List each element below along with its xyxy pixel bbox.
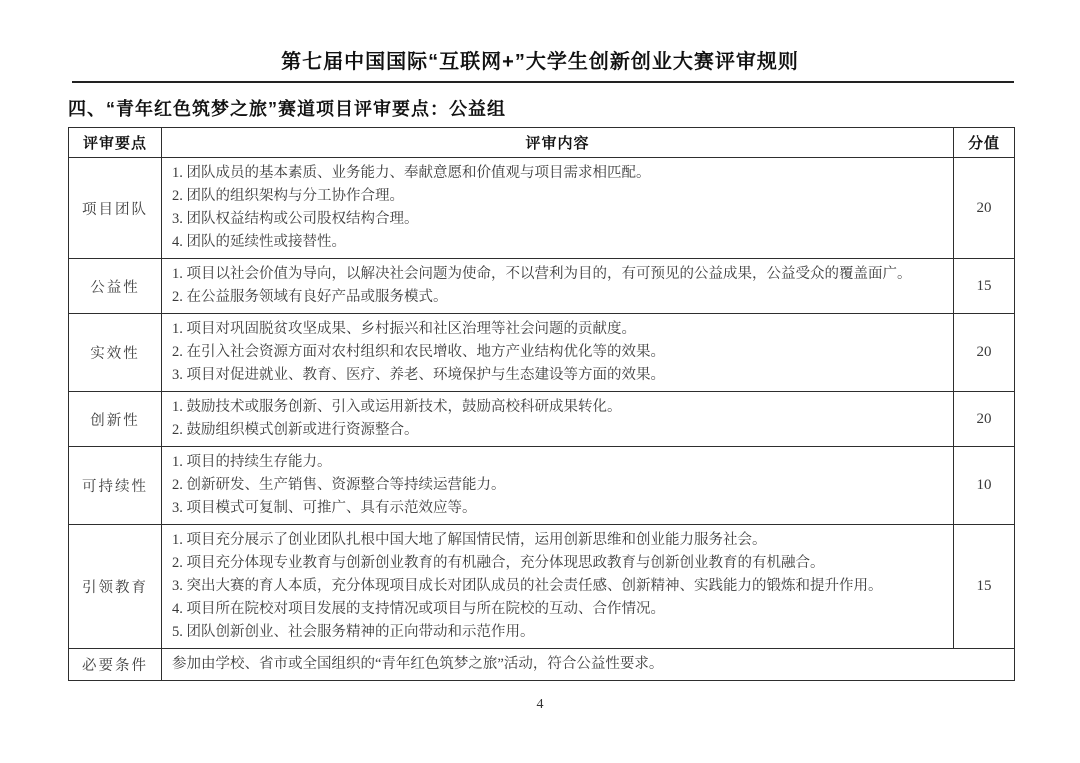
criteria-item: 2. 在引入社会资源方面对农村组织和农民增收、地方产业结构优化等的效果。 bbox=[172, 341, 943, 364]
score-cell: 15 bbox=[954, 259, 1015, 314]
title-rule bbox=[72, 81, 1014, 83]
category-cell: 必要条件 bbox=[69, 649, 162, 681]
criteria-item: 1. 项目以社会价值为导向，以解决社会问题为使命，不以营利为目的，有可预见的公益… bbox=[172, 263, 943, 286]
section-heading: 四、“青年红色筑梦之旅”赛道项目评审要点：公益组 bbox=[68, 95, 1080, 121]
criteria-item: 3. 突出大赛的育人本质，充分体现项目成长对团队成员的社会责任感、创新精神、实践… bbox=[172, 575, 943, 598]
col-header-score: 分值 bbox=[954, 128, 1015, 158]
criteria-item: 2. 团队的组织架构与分工协作合理。 bbox=[172, 185, 943, 208]
criteria-item: 4. 团队的延续性或接替性。 bbox=[172, 231, 943, 254]
criteria-item: 4. 项目所在院校对项目发展的支持情况或项目与所在院校的互动、合作情况。 bbox=[172, 598, 943, 621]
col-header-category: 评审要点 bbox=[69, 128, 162, 158]
category-cell: 项目团队 bbox=[69, 158, 162, 259]
criteria-item: 5. 团队创新创业、社会服务精神的正向带动和示范作用。 bbox=[172, 621, 943, 644]
content-cell: 1. 项目以社会价值为导向，以解决社会问题为使命，不以营利为目的，有可预见的公益… bbox=[162, 259, 954, 314]
category-cell: 引领教育 bbox=[69, 525, 162, 649]
category-cell: 可持续性 bbox=[69, 447, 162, 525]
category-cell: 公益性 bbox=[69, 259, 162, 314]
category-cell: 创新性 bbox=[69, 392, 162, 447]
criteria-item: 2. 鼓励组织模式创新或进行资源整合。 bbox=[172, 419, 943, 442]
content-cell: 1. 项目充分展示了创业团队扎根中国大地了解国情民情，运用创新思维和创业能力服务… bbox=[162, 525, 954, 649]
score-cell: 20 bbox=[954, 158, 1015, 259]
table-row: 创新性1. 鼓励技术或服务创新、引入或运用新技术，鼓励高校科研成果转化。2. 鼓… bbox=[69, 392, 1015, 447]
table-body: 项目团队1. 团队成员的基本素质、业务能力、奉献意愿和价值观与项目需求相匹配。2… bbox=[69, 158, 1015, 681]
content-cell: 1. 项目的持续生存能力。2. 创新研发、生产销售、资源整合等持续运营能力。3.… bbox=[162, 447, 954, 525]
document-page: 第七届中国国际“互联网+”大学生创新创业大赛评审规则 四、“青年红色筑梦之旅”赛… bbox=[0, 0, 1080, 763]
content-cell: 1. 鼓励技术或服务创新、引入或运用新技术，鼓励高校科研成果转化。2. 鼓励组织… bbox=[162, 392, 954, 447]
criteria-item: 3. 团队权益结构或公司股权结构合理。 bbox=[172, 208, 943, 231]
table-row: 项目团队1. 团队成员的基本素质、业务能力、奉献意愿和价值观与项目需求相匹配。2… bbox=[69, 158, 1015, 259]
content-cell: 1. 项目对巩固脱贫攻坚成果、乡村振兴和社区治理等社会问题的贡献度。2. 在引入… bbox=[162, 314, 954, 392]
table-row: 必要条件参加由学校、省市或全国组织的“青年红色筑梦之旅”活动，符合公益性要求。 bbox=[69, 649, 1015, 681]
criteria-item: 参加由学校、省市或全国组织的“青年红色筑梦之旅”活动，符合公益性要求。 bbox=[172, 653, 1004, 676]
category-cell: 实效性 bbox=[69, 314, 162, 392]
criteria-item: 2. 项目充分体现专业教育与创新创业教育的有机融合，充分体现思政教育与创新创业教… bbox=[172, 552, 943, 575]
review-table: 评审要点 评审内容 分值 项目团队1. 团队成员的基本素质、业务能力、奉献意愿和… bbox=[68, 127, 1015, 681]
criteria-item: 1. 团队成员的基本素质、业务能力、奉献意愿和价值观与项目需求相匹配。 bbox=[172, 162, 943, 185]
table-header-row: 评审要点 评审内容 分值 bbox=[69, 128, 1015, 158]
score-cell: 20 bbox=[954, 314, 1015, 392]
criteria-item: 1. 项目对巩固脱贫攻坚成果、乡村振兴和社区治理等社会问题的贡献度。 bbox=[172, 318, 943, 341]
score-cell: 20 bbox=[954, 392, 1015, 447]
table-row: 可持续性1. 项目的持续生存能力。2. 创新研发、生产销售、资源整合等持续运营能… bbox=[69, 447, 1015, 525]
criteria-item: 3. 项目对促进就业、教育、医疗、养老、环境保护与生态建设等方面的效果。 bbox=[172, 364, 943, 387]
table-row: 实效性1. 项目对巩固脱贫攻坚成果、乡村振兴和社区治理等社会问题的贡献度。2. … bbox=[69, 314, 1015, 392]
content-cell: 1. 团队成员的基本素质、业务能力、奉献意愿和价值观与项目需求相匹配。2. 团队… bbox=[162, 158, 954, 259]
score-cell: 10 bbox=[954, 447, 1015, 525]
criteria-item: 3. 项目模式可复制、可推广、具有示范效应等。 bbox=[172, 497, 943, 520]
content-cell: 参加由学校、省市或全国组织的“青年红色筑梦之旅”活动，符合公益性要求。 bbox=[162, 649, 1015, 681]
criteria-item: 1. 项目的持续生存能力。 bbox=[172, 451, 943, 474]
criteria-item: 2. 创新研发、生产销售、资源整合等持续运营能力。 bbox=[172, 474, 943, 497]
criteria-item: 1. 项目充分展示了创业团队扎根中国大地了解国情民情，运用创新思维和创业能力服务… bbox=[172, 529, 943, 552]
table-row: 引领教育1. 项目充分展示了创业团队扎根中国大地了解国情民情，运用创新思维和创业… bbox=[69, 525, 1015, 649]
score-cell: 15 bbox=[954, 525, 1015, 649]
criteria-item: 1. 鼓励技术或服务创新、引入或运用新技术，鼓励高校科研成果转化。 bbox=[172, 396, 943, 419]
doc-title: 第七届中国国际“互联网+”大学生创新创业大赛评审规则 bbox=[0, 0, 1080, 76]
page-number: 4 bbox=[0, 697, 1080, 713]
criteria-item: 2. 在公益服务领域有良好产品或服务模式。 bbox=[172, 286, 943, 309]
table-row: 公益性1. 项目以社会价值为导向，以解决社会问题为使命，不以营利为目的，有可预见… bbox=[69, 259, 1015, 314]
col-header-content: 评审内容 bbox=[162, 128, 954, 158]
